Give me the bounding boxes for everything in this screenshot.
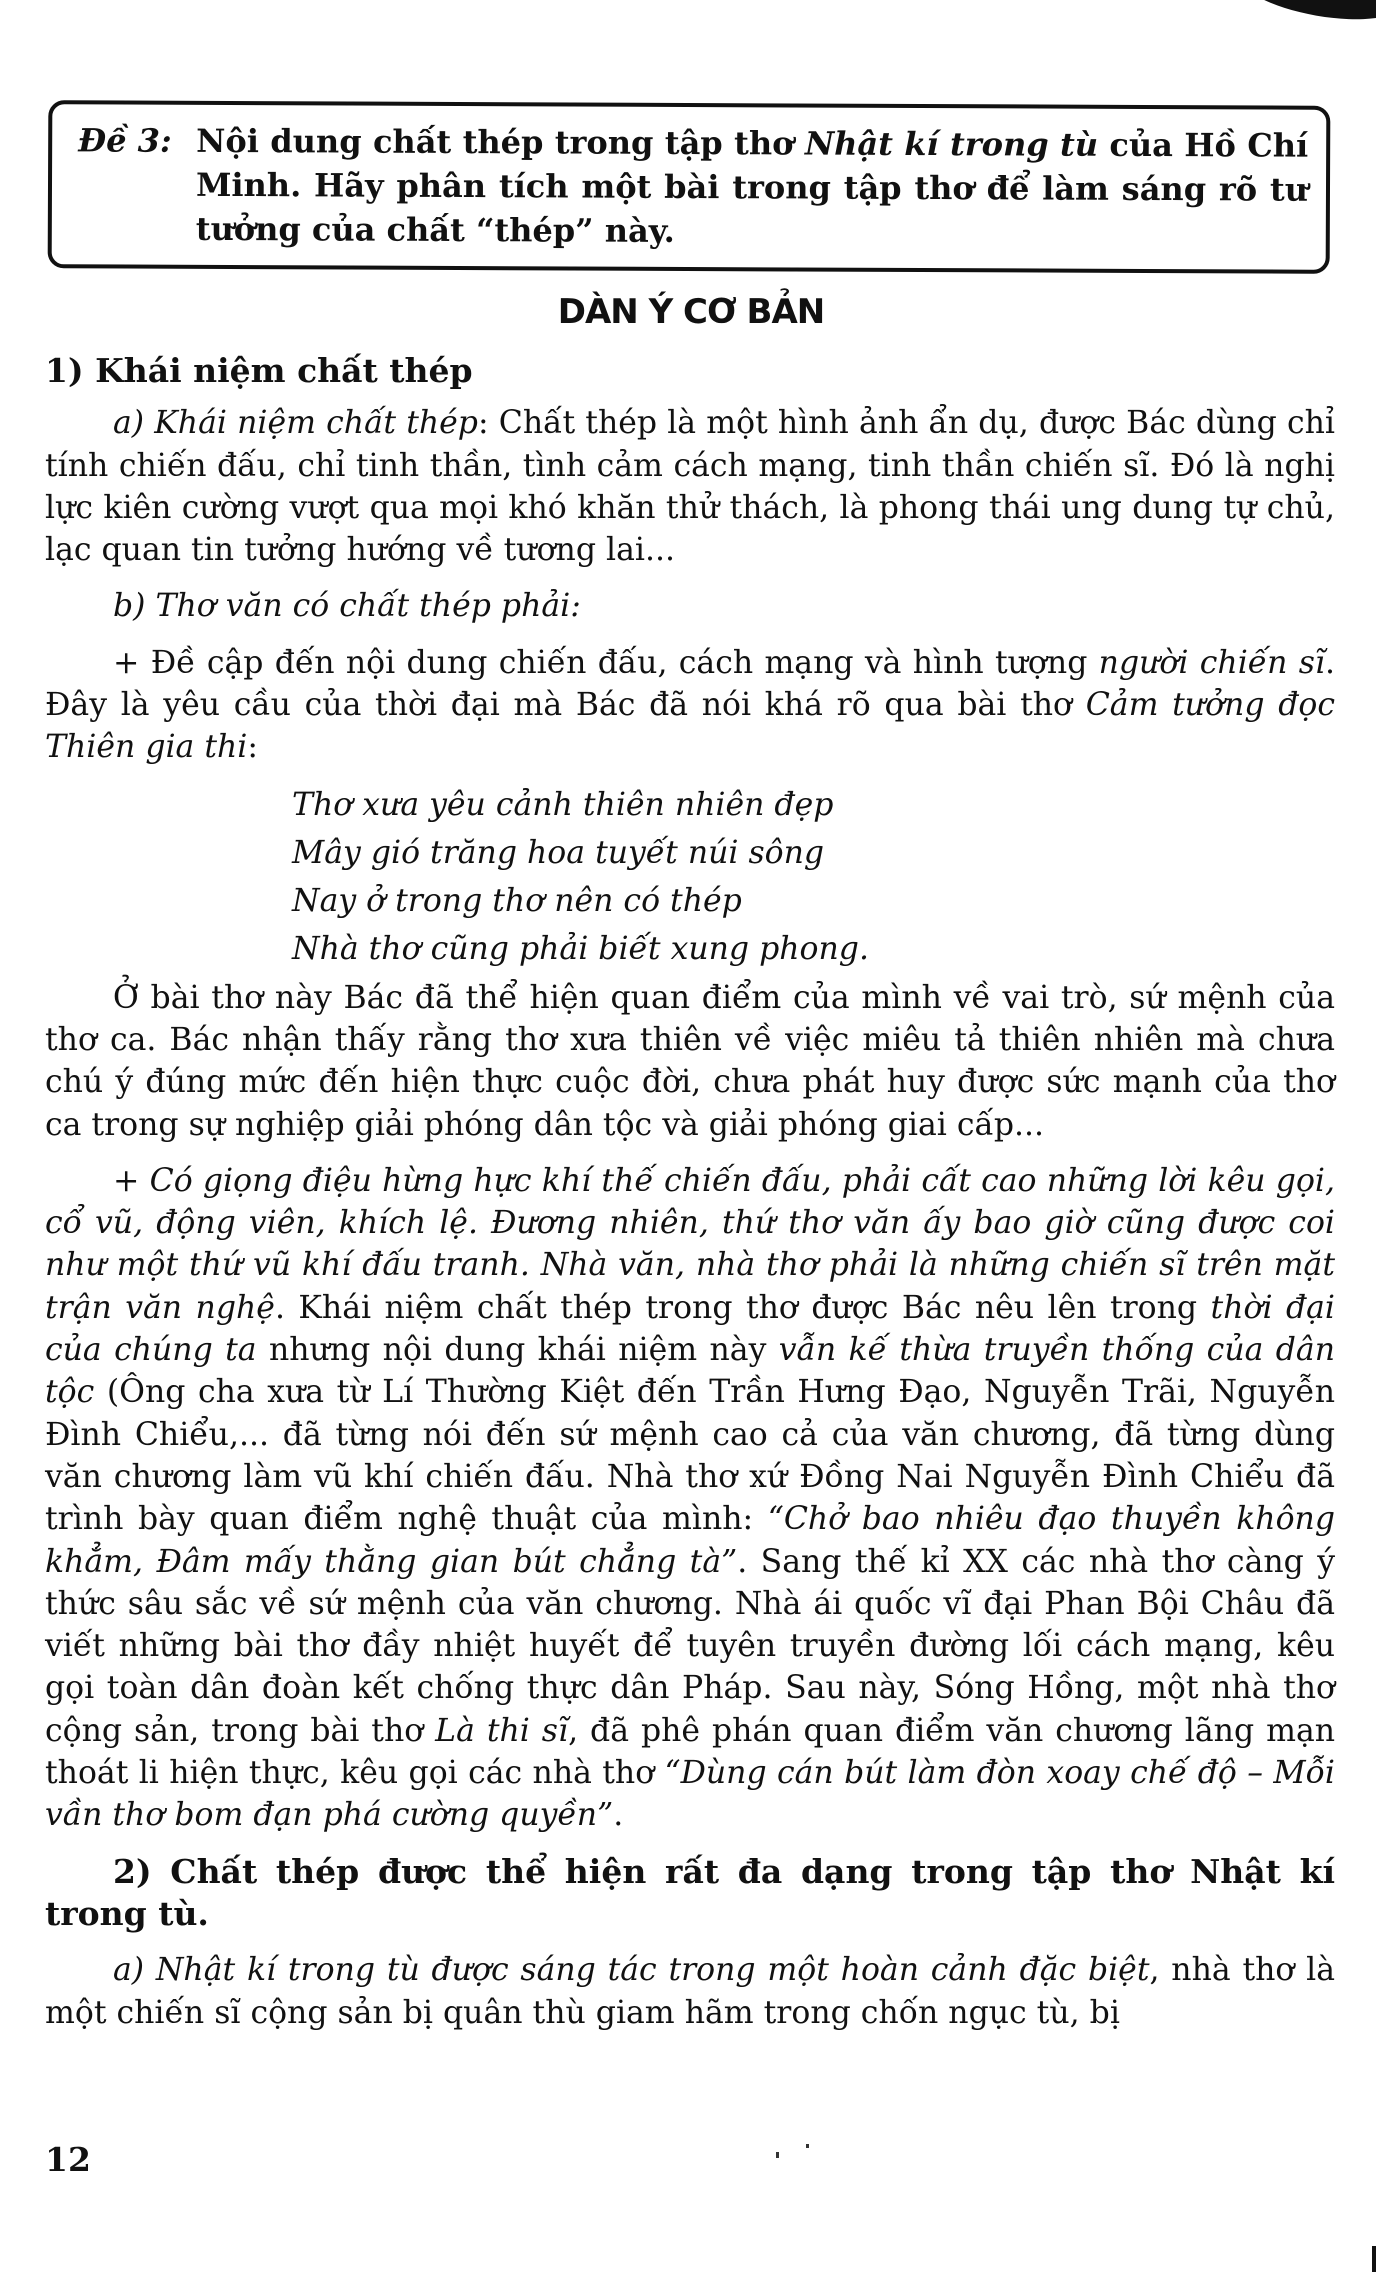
poem-line: Nhà thơ cũng phải biết xung phong.: [292, 925, 1335, 973]
poem-commentary: Ở bài thơ này Bác đã thể hiện quan điểm …: [45, 977, 1335, 1146]
assignment-prompt: Nội dung chất thép trong tập thơ Nhật kí…: [196, 119, 1309, 256]
section-2a-paragraph: a) Nhật kí trong tù được sáng tác trong …: [45, 1949, 1335, 2034]
assignment-box: Đề 3: Nội dung chất thép trong tập thơ N…: [48, 100, 1331, 274]
scan-speck: [776, 2152, 779, 2158]
section-1a-paragraph: a) Khái niệm chất thép: Chất thép là một…: [45, 402, 1335, 571]
scan-edge-artifact: [1372, 2246, 1376, 2272]
poem-line: Thơ xưa yêu cảnh thiên nhiên đẹp: [292, 781, 1335, 829]
scan-speck: [806, 2144, 809, 2148]
outline-content: 1) Khái niệm chất thép a) Khái niệm chất…: [45, 350, 1335, 2034]
section-2-title: 2) Chất thép được thể hiện rất đa dạng t…: [45, 1851, 1335, 1936]
assignment-label: Đề 3:: [78, 118, 197, 251]
section-1b-point-1: + Đề cập đến nội dung chiến đấu, cách mạ…: [45, 642, 1335, 769]
poem-line: Nay ở trong thơ nên có thép: [292, 877, 1335, 925]
section-1b-point-2: + Có giọng điệu hừng hực khí thế chiến đ…: [45, 1160, 1335, 1837]
book-title: Nhật kí trong tù: [805, 125, 1098, 164]
poem-quote: Thơ xưa yêu cảnh thiên nhiên đẹp Mây gió…: [292, 781, 1335, 973]
section-1b-label: b) Thơ văn có chất thép phải:: [45, 585, 1335, 627]
section-1-title: 1) Khái niệm chất thép: [45, 350, 1335, 392]
poem-line: Mây gió trăng hoa tuyết núi sông: [292, 829, 1335, 877]
outline-heading: DÀN Ý CƠ BẢN: [45, 292, 1337, 332]
page-number: 12: [45, 2140, 91, 2179]
scan-edge-artifact: [1232, 0, 1376, 30]
